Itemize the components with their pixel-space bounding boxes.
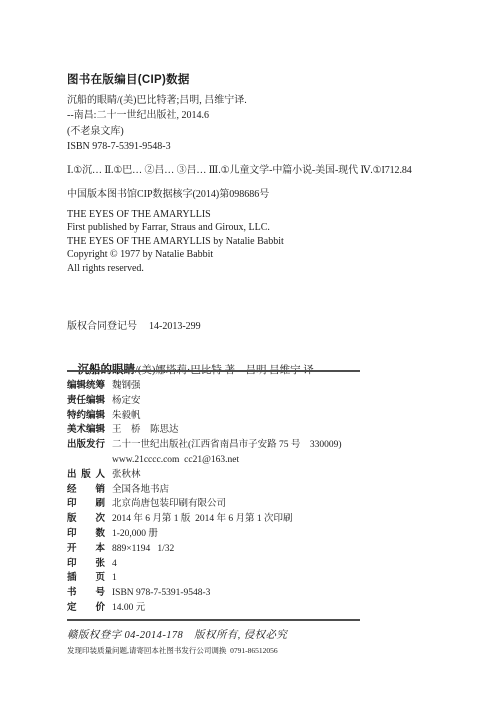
cip-line-series: (不老泉文库) xyxy=(67,124,447,139)
colophon-value: 杨定安 xyxy=(112,394,141,409)
colophon-label: 出版发行 xyxy=(67,438,105,453)
colophon-row: 印数1-20,000 册 xyxy=(67,527,447,542)
colophon-value: 北京尚唐包装印刷有限公司 xyxy=(112,497,226,512)
colophon-value: 全国各地书店 xyxy=(112,483,169,498)
colophon-value: 14.00 元 xyxy=(112,601,145,616)
colophon-label: 开本 xyxy=(67,542,105,557)
colophon-row: www.21cccc.com cc21@163.net xyxy=(67,453,447,468)
colophon-row: 责任编辑杨定安 xyxy=(67,394,447,409)
colophon-row: 出版发行二十一世纪出版社(江西省南昌市子安路 75 号 330009) xyxy=(67,438,447,453)
cip-line-publisher: --南昌:二十一世纪出版社, 2014.6 xyxy=(67,108,447,123)
colophon-label: 编辑统筹 xyxy=(67,379,105,394)
colophon-table: 编辑统筹魏钢强 责任编辑杨定安 特约编辑朱毅帆 美术编辑王 桥 陈思达 出版发行… xyxy=(67,379,447,616)
colophon-value: 1 xyxy=(112,571,117,586)
colophon-label: 美术编辑 xyxy=(67,423,105,438)
colophon-row: 开本889×1194 1/32 xyxy=(67,542,447,557)
copyright-line-rights: All rights reserved. xyxy=(67,262,284,275)
registration-line: 版权合同登记号14-2013-299 xyxy=(67,317,201,332)
registration-number: 14-2013-299 xyxy=(149,321,201,332)
copyright-line-year: Copyright © 1977 by Natalie Babbit xyxy=(67,248,284,261)
cip-block: 图书在版编目(CIP)数据 沉船的眼睛/(美)巴比特著;吕明, 吕维宁译. --… xyxy=(67,71,447,200)
colophon-value: 魏钢强 xyxy=(112,379,141,394)
colophon-row: 特约编辑朱毅帆 xyxy=(67,409,447,424)
colophon-value: 2014 年 6 月第 1 版 2014 年 6 月第 1 次印刷 xyxy=(112,512,293,527)
colophon-value: ISBN 978-7-5391-9548-3 xyxy=(112,586,210,601)
colophon-label: 印数 xyxy=(67,527,105,542)
license-line: 赣版权登字 04-2014-178 版权所有, 侵权必究 xyxy=(67,627,287,642)
colophon-row: 出版人张秋林 xyxy=(67,468,447,483)
colophon-label xyxy=(67,453,105,468)
colophon-value: 王 桥 陈思达 xyxy=(112,423,179,438)
registration-label: 版权合同登记号 xyxy=(67,321,137,332)
quality-notice: 发现印装质量问题,请寄回本社图书发行公司调换 0791-86512056 xyxy=(67,645,278,656)
colophon-row: 编辑统筹魏钢强 xyxy=(67,379,447,394)
colophon-value: 4 xyxy=(112,557,117,572)
copyright-line-author: THE EYES OF THE AMARYLLIS by Natalie Bab… xyxy=(67,235,284,248)
colophon-row: 书号ISBN 978-7-5391-9548-3 xyxy=(67,586,447,601)
cip-classification: Ⅰ.①沉… Ⅱ.①巴… ②吕… ③吕… Ⅲ.①儿童文学-中篇小说-美国-现代 Ⅳ… xyxy=(67,161,447,176)
colophon-label: 责任编辑 xyxy=(67,394,105,409)
colophon-label: 印刷 xyxy=(67,497,105,512)
colophon-row: 插页1 xyxy=(67,571,447,586)
colophon-row: 版次2014 年 6 月第 1 版 2014 年 6 月第 1 次印刷 xyxy=(67,512,447,527)
colophon-label: 出版人 xyxy=(67,468,105,483)
divider-bottom xyxy=(67,619,360,621)
colophon-label: 特约编辑 xyxy=(67,409,105,424)
colophon-row: 经销全国各地书店 xyxy=(67,483,447,498)
colophon-row: 定价14.00 元 xyxy=(67,601,447,616)
copyright-line-first-published: First published by Farrar, Straus and Gi… xyxy=(67,221,284,234)
colophon-value: 889×1194 1/32 xyxy=(112,542,174,557)
cip-line-isbn: ISBN 978-7-5391-9548-3 xyxy=(67,139,447,154)
colophon-label: 书号 xyxy=(67,586,105,601)
colophon-label: 经销 xyxy=(67,483,105,498)
colophon-row: 印刷北京尚唐包装印刷有限公司 xyxy=(67,497,447,512)
colophon-page: 图书在版编目(CIP)数据 沉船的眼睛/(美)巴比特著;吕明, 吕维宁译. --… xyxy=(0,0,500,721)
copyright-block: THE EYES OF THE AMARYLLIS First publishe… xyxy=(67,208,284,275)
copyright-line-title: THE EYES OF THE AMARYLLIS xyxy=(67,208,284,221)
colophon-label: 版次 xyxy=(67,512,105,527)
colophon-value: 二十一世纪出版社(江西省南昌市子安路 75 号 330009) xyxy=(112,438,342,453)
colophon-label: 定价 xyxy=(67,601,105,616)
colophon-value: 朱毅帆 xyxy=(112,409,141,424)
colophon-value-website: www.21cccc.com cc21@163.net xyxy=(112,453,239,468)
cip-heading: 图书在版编目(CIP)数据 xyxy=(67,71,447,87)
cip-record-number: 中国版本图书馆CIP数据核字(2014)第098686号 xyxy=(67,185,447,200)
colophon-row: 美术编辑王 桥 陈思达 xyxy=(67,423,447,438)
colophon-label: 插页 xyxy=(67,571,105,586)
colophon-value: 1-20,000 册 xyxy=(112,527,158,542)
cip-line-title: 沉船的眼睛/(美)巴比特著;吕明, 吕维宁译. xyxy=(67,93,447,108)
divider-top xyxy=(67,370,360,372)
colophon-value: 张秋林 xyxy=(112,468,141,483)
colophon-label: 印张 xyxy=(67,557,105,572)
colophon-row: 印张4 xyxy=(67,557,447,572)
